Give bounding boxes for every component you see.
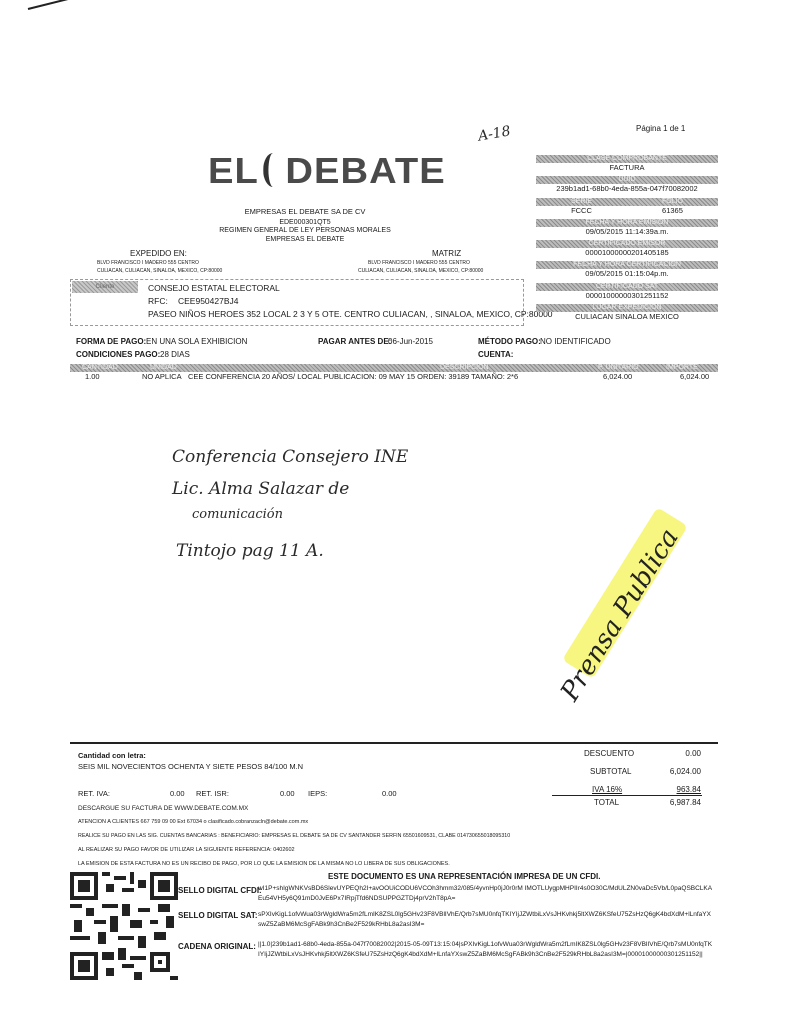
issuer-regimen: REGIMEN GENERAL DE LEY PERSONAS MORALES	[200, 226, 410, 235]
iva-value: 963.84	[641, 785, 701, 794]
expedido-line1: BLVD FRANCISCO I MADERO 555 CENTRO	[97, 260, 199, 266]
item-cantidad: 1.00	[85, 372, 100, 381]
cert-sat-label: CERTIFICADO SAT	[536, 283, 718, 291]
col-cantidad: CANTIDAD	[82, 364, 118, 372]
scan-pen-mark	[28, 0, 71, 10]
emision-value: 09/05/2015 11:14:39a.m.	[536, 227, 718, 237]
page-number: Página 1 de 1	[636, 124, 685, 133]
side-certificacion: FECHA Y HORA CERTIFICACION 09/05/2015 01…	[536, 261, 718, 279]
item-unidad: NO APLICA	[142, 372, 182, 381]
handwritten-file-number: A-18	[477, 123, 512, 144]
sello-cfdi-value: wI1P+shIgWNKVsBD6SlevUYPEQh2I+avOOUiCODU…	[258, 884, 713, 904]
descuento-value: 0.00	[641, 749, 701, 758]
handwritten-line-3: comunicación	[192, 504, 283, 526]
handwritten-line-2: Lic. Alma Salazar de	[172, 478, 349, 500]
el-debate-logo: ELDEBATE	[208, 150, 446, 192]
ret-isr-value: 0.00	[280, 789, 295, 798]
side-lugar: LUGAR EXPEDICION CULIACAN SINALOA MEXICO	[536, 304, 718, 322]
iva-label: IVA 16%	[592, 785, 622, 794]
pagar-antes-value: 06-Jun-2015	[388, 337, 433, 346]
issuer-name: EMPRESAS EL DEBATE SA DE CV	[200, 207, 410, 216]
col-descripcion: DESCRIPCION	[440, 364, 489, 372]
certificacion-label: FECHA Y HORA CERTIFICACION	[536, 261, 718, 269]
ret-isr-label: RET. ISR:	[196, 789, 229, 798]
cert-sat-value: 00001000000301251152	[536, 291, 718, 301]
logo-swoosh-icon	[263, 153, 283, 187]
handwritten-line-1: Conferencia Consejero INE	[172, 446, 408, 468]
side-emision: FECHA Y HORA EMISION 09/05/2015 11:14:39…	[536, 219, 718, 237]
condiciones-value: 28 DIAS	[160, 350, 190, 359]
ret-iva-label: RET. IVA:	[78, 789, 110, 798]
certificacion-value: 09/05/2015 01:15:04p.m.	[536, 269, 718, 279]
client-name: CONSEJO ESTATAL ELECTORAL	[148, 283, 280, 293]
serie-label: SERIE	[571, 198, 592, 206]
cert-emisor-value: 00001000000201405185	[536, 248, 718, 258]
descuento-label: DESCUENTO	[584, 749, 634, 758]
issuer-subname: EMPRESAS EL DEBATE	[200, 235, 410, 244]
forma-pago-label: FORMA DE PAGO:	[76, 337, 146, 346]
emision-label: FECHA Y HORA EMISION	[536, 219, 718, 227]
sello-cfdi-label: SELLO DIGITAL CFDI:	[178, 886, 262, 895]
subtotal-label: SUBTOTAL	[590, 767, 632, 776]
note-5: LA EMISION DE ESTA FACTURA NO ES UN RECI…	[78, 861, 450, 867]
items-header: CANTIDAD UNIDAD DESCRIPCION P. UNITARIO …	[70, 364, 718, 372]
sello-sat-label: SELLO DIGITAL SAT:	[178, 911, 258, 920]
lugar-value: CULIACAN SINALOA MEXICO	[536, 312, 718, 322]
sello-sat-value: sPXIvKigL1ofvWua03rWgldWra5m2fLmIK8ZSL0l…	[258, 910, 713, 930]
item-importe: 6,024.00	[680, 372, 709, 381]
side-clase: CLASE COMPROBANTE FACTURA	[536, 155, 718, 173]
metodo-pago-value: NO IDENTIFICADO	[540, 337, 611, 346]
amount-words-label: Cantidad con letra:	[78, 751, 146, 760]
folio-label: FOLIO	[662, 198, 683, 206]
amount-words-value: SEIS MIL NOVECIENTOS OCHENTA Y SIETE PES…	[78, 762, 303, 771]
ret-iva-value: 0.00	[170, 789, 185, 798]
cfdi-title: ESTE DOCUMENTO ES UNA REPRESENTACIÓN IMP…	[328, 872, 600, 881]
col-importe: IMPORTE	[666, 364, 698, 372]
pagar-antes-label: PAGAR ANTES DE:	[318, 337, 391, 346]
note-1: DESCARGUE SU FACTURA DE WWW.DEBATE.COM.M…	[78, 805, 248, 812]
totals-divider	[552, 795, 702, 796]
note-3: REALICE SU PAGO EN LAS SIG. CUENTAS BANC…	[78, 833, 510, 839]
cuenta-label: CUENTA:	[478, 350, 513, 359]
client-address: PASEO NIÑOS HEROES 352 LOCAL 2 3 Y 5 OTE…	[148, 309, 553, 319]
side-uuid: UUID 239b1ad1-68b0-4eda-855a-047f7008200…	[536, 176, 718, 194]
ieps-value: 0.00	[382, 789, 397, 798]
ieps-label: IEPS:	[308, 789, 327, 798]
col-unidad: UNIDAD	[150, 364, 177, 372]
lugar-label: LUGAR EXPEDICION	[536, 304, 718, 312]
total-label: TOTAL	[594, 798, 619, 807]
serie-value: FCCC	[571, 206, 592, 216]
client-tag: Cliente	[72, 281, 138, 293]
note-2: ATENCION A CLIENTES 667 759 09 00 Ext 67…	[78, 819, 308, 825]
subtotal-value: 6,024.00	[641, 767, 701, 776]
handwritten-stamp: Prensa Publica	[538, 497, 701, 733]
col-unitario: P. UNITARIO	[598, 364, 639, 372]
side-serie-folio: SERIEFOLIO FCCC61365	[536, 198, 718, 216]
condiciones-label: CONDICIONES PAGO:	[76, 350, 160, 359]
cadena-label: CADENA ORIGINAL:	[178, 942, 256, 951]
divider	[70, 742, 718, 744]
side-cert-emisor: CERTIFICADO EMISOR 00001000000201405185	[536, 240, 718, 258]
matriz-line1: BLVD FRANCISCO I MADERO 555 CENTRO	[368, 260, 470, 266]
uuid-value: 239b1ad1-68b0-4eda-855a-047f70082002	[536, 184, 718, 194]
uuid-label: UUID	[536, 176, 718, 184]
matriz-line2: CULIACAN, CULIACAN, SINALOA, MEXICO, CP:…	[358, 268, 483, 274]
client-rfc-label: RFC:	[148, 296, 168, 306]
clase-label: CLASE COMPROBANTE	[536, 155, 718, 163]
side-cert-sat: CERTIFICADO SAT 00001000000301251152	[536, 283, 718, 301]
cert-emisor-label: CERTIFICADO EMISOR	[536, 240, 718, 248]
total-value: 6,987.84	[641, 798, 701, 807]
forma-pago-value: EN UNA SOLA EXHIBICION	[146, 337, 247, 346]
expedido-line2: CULIACAN, CULIACAN, SINALOA, MEXICO, CP:…	[97, 268, 222, 274]
qr-code	[70, 872, 178, 980]
folio-value: 61365	[662, 206, 683, 216]
item-unitario: 6,024.00	[603, 372, 632, 381]
handwritten-line-4: Tintojo pag 11 A.	[176, 540, 324, 562]
client-rfc: CEE950427BJ4	[178, 296, 239, 306]
note-4: AL REALIZAR SU PAGO FAVOR DE UTILIZAR LA…	[78, 847, 295, 853]
expedido-title: EXPEDIDO EN:	[130, 249, 187, 258]
clase-value: FACTURA	[536, 163, 718, 173]
item-descripcion: CEE CONFERENCIA 20 AÑOS/ LOCAL PUBLICACI…	[188, 372, 518, 381]
cadena-value: ||1.0|239b1ad1-68b0-4eda-855a-047f700820…	[258, 940, 713, 960]
metodo-pago-label: MÉTODO PAGO:	[478, 337, 541, 346]
matriz-title: MATRIZ	[432, 249, 461, 258]
